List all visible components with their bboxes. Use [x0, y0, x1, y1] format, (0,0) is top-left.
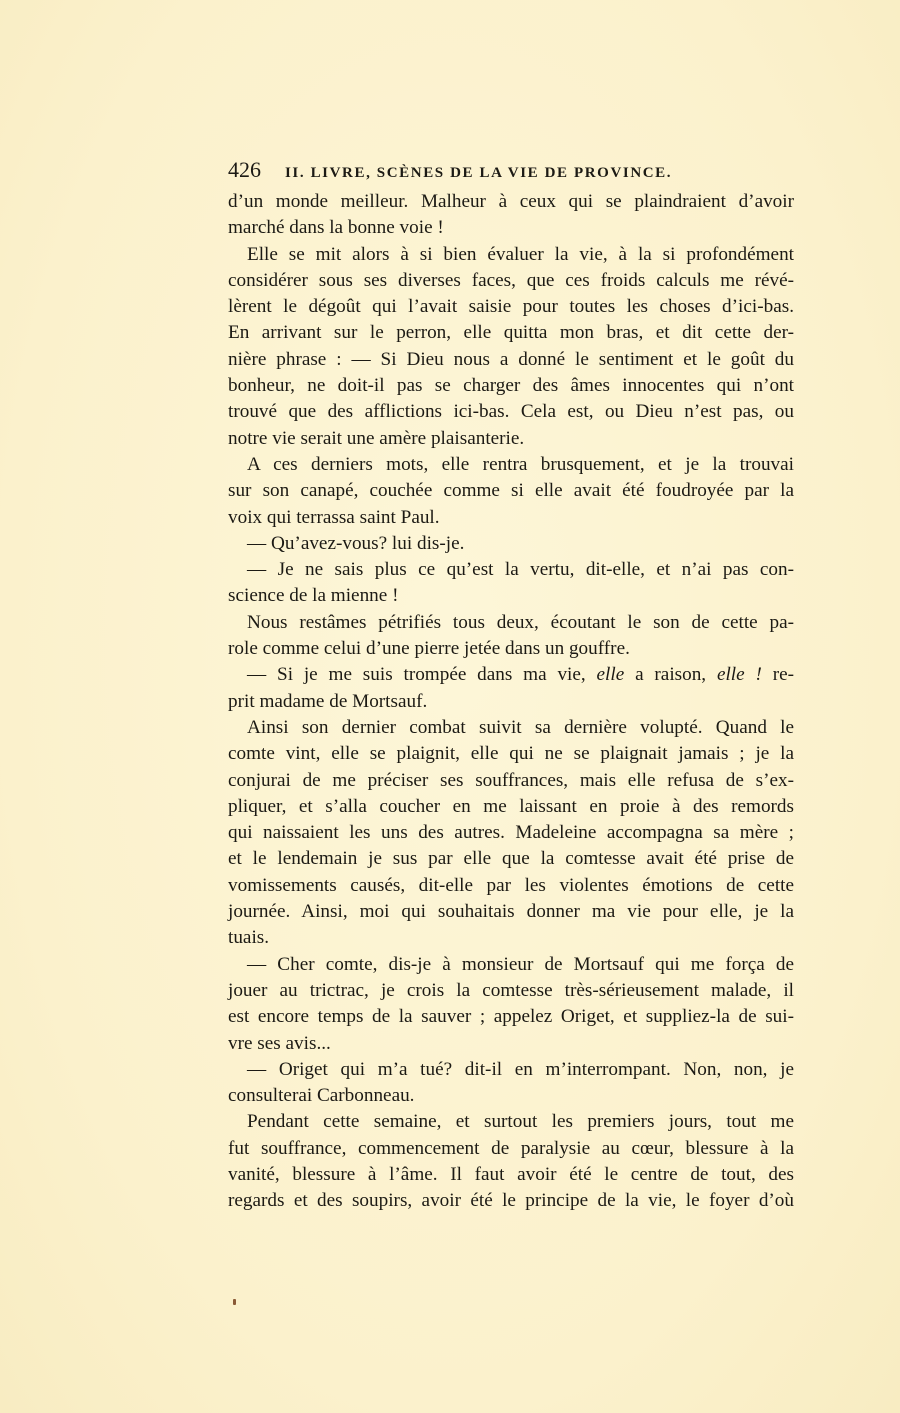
text-line: — Qu’avez-vous? lui dis-je.: [228, 531, 794, 557]
text-line: pliquer, et s’alla coucher en me laissan…: [228, 794, 794, 820]
text-line: bonheur, ne doit-il pas se charger des â…: [228, 373, 794, 399]
text-line: conjurai de me préciser ses souffrances,…: [228, 768, 794, 794]
text-line: A ces derniers mots, elle rentra brusque…: [228, 452, 794, 478]
text-line: Ainsi son dernier combat suivit sa derni…: [228, 715, 794, 741]
text-line: nière phrase : — Si Dieu nous a donné le…: [228, 347, 794, 373]
text-line: jouer au trictrac, je crois la comtesse …: [228, 978, 794, 1004]
text-line: En arrivant sur le perron, elle quitta m…: [228, 320, 794, 346]
text-line: Elle se mit alors à si bien évaluer la v…: [228, 242, 794, 268]
book-page: 426 II. LIVRE, SCÈNES DE LA VIE DE PROVI…: [0, 0, 900, 1413]
paper-speck: [233, 1299, 236, 1305]
running-head: II. LIVRE, SCÈNES DE LA VIE DE PROVINCE.: [285, 165, 672, 182]
text-line: — Cher comte, dis-je à monsieur de Morts…: [228, 952, 794, 978]
text-line: Pendant cette semaine, et surtout les pr…: [228, 1109, 794, 1135]
text-line: vanité, blessure à l’âme. Il faut avoir …: [228, 1162, 794, 1188]
text-line: et le lendemain je sus par elle que la c…: [228, 846, 794, 872]
text-line: vre ses avis...: [228, 1031, 794, 1057]
text-line: — Je ne sais plus ce qu’est la vertu, di…: [228, 557, 794, 583]
text-line: considérer sous ses diverses faces, que …: [228, 268, 794, 294]
text-line: prit madame de Mortsauf.: [228, 689, 794, 715]
text-line: sur son canapé, couchée comme si elle av…: [228, 478, 794, 504]
page-header: 426 II. LIVRE, SCÈNES DE LA VIE DE PROVI…: [228, 157, 796, 183]
text-line: voix qui terrassa saint Paul.: [228, 505, 794, 531]
text-line: qui naissaient les uns des autres. Madel…: [228, 820, 794, 846]
text-line: fut souffrance, commencement de paralysi…: [228, 1136, 794, 1162]
body-text: d’un monde meilleur. Malheur à ceux qui …: [228, 189, 794, 1215]
text-line: trouvé que des afflictions ici-bas. Cela…: [228, 399, 794, 425]
text-line: lèrent le dégoût qui l’avait saisie pour…: [228, 294, 794, 320]
text-line: — Si je me suis trompée dans ma vie, ell…: [228, 662, 794, 688]
text-line: comte vint, elle se plaignit, elle qui n…: [228, 741, 794, 767]
text-line: est encore temps de la sauver ; appelez …: [228, 1004, 794, 1030]
text-line: vomissements causés, dit-elle par les vi…: [228, 873, 794, 899]
text-line: Nous restâmes pétrifiés tous deux, écout…: [228, 610, 794, 636]
text-line: notre vie serait une amère plaisanterie.: [228, 426, 794, 452]
page-number: 426: [228, 157, 261, 183]
text-line: marché dans la bonne voie !: [228, 215, 794, 241]
text-line: d’un monde meilleur. Malheur à ceux qui …: [228, 189, 794, 215]
text-line: journée. Ainsi, moi qui souhaitais donne…: [228, 899, 794, 925]
text-line: tuais.: [228, 925, 794, 951]
text-line: regards et des soupirs, avoir été le pri…: [228, 1188, 794, 1214]
text-line: — Origet qui m’a tué? dit-il en m’interr…: [228, 1057, 794, 1083]
text-line: role comme celui d’une pierre jetée dans…: [228, 636, 794, 662]
text-line: science de la mienne !: [228, 583, 794, 609]
text-line: consulterai Carbonneau.: [228, 1083, 794, 1109]
